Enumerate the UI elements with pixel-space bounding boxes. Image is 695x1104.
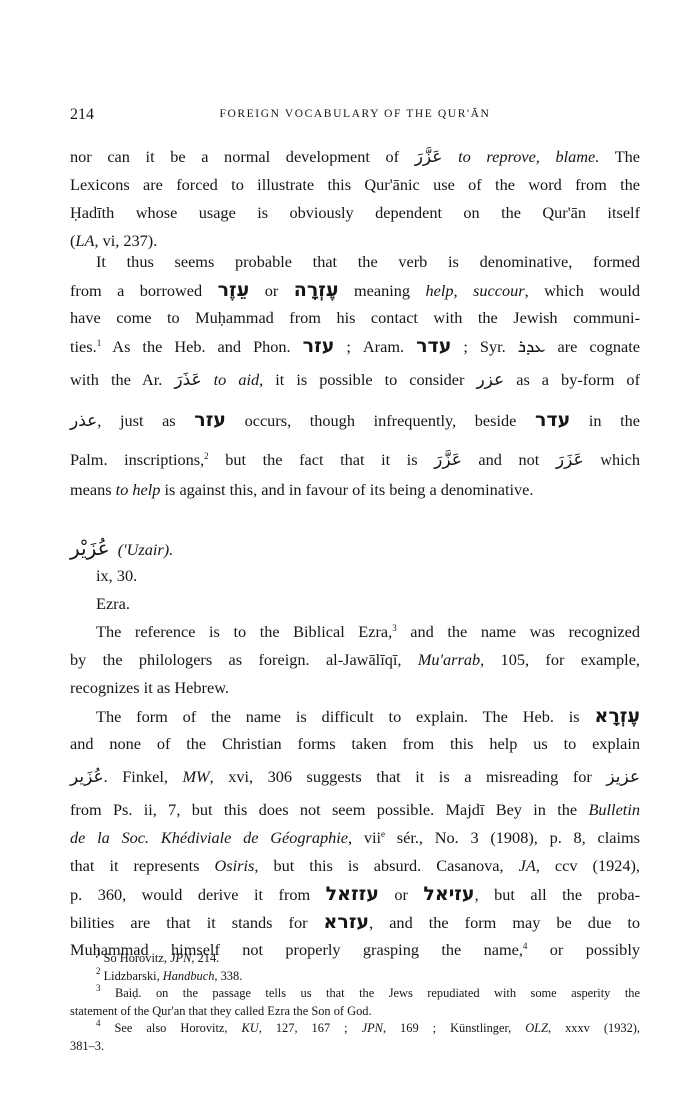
quran-reference: ix, 30. — [70, 562, 640, 590]
footnote-3: 3 Baiḍ. on the passage tells us that the… — [70, 985, 640, 1003]
arabic-word: عزيز — [606, 767, 640, 787]
arabic-word: عَزَرَ — [556, 450, 584, 470]
text-line: عُزَير. Finkel, MW, xvi, 306 suggests th… — [70, 758, 640, 796]
footnotes: 1 So Horovitz, JPN, 214. 2 Lidzbarski, H… — [70, 950, 640, 1055]
running-title: FOREIGN VOCABULARY OF THE QUR'ĀN — [70, 108, 640, 120]
paragraph-2-cont: with the Ar. عَذَرَ to aid, it is possib… — [70, 360, 640, 504]
headword-transliteration: ('Uzair). — [118, 540, 174, 559]
text-line: Ḥadīth whose usage is obviously dependen… — [70, 199, 640, 227]
text-line: nor can it be a normal development of عَ… — [70, 143, 640, 171]
hebrew-word: עזר — [194, 409, 226, 431]
book-page: 214 FOREIGN VOCABULARY OF THE QUR'ĀN nor… — [0, 0, 695, 1104]
text-line: It thus seems probable that the verb is … — [70, 248, 640, 276]
gloss: Ezra. — [70, 590, 640, 618]
arabic-word: عذر — [70, 411, 97, 431]
hebrew-word: עדר — [416, 335, 451, 357]
paragraph-1: nor can it be a normal development of عَ… — [70, 143, 640, 255]
text-line: عذر, just as עזר occurs, though infreque… — [70, 400, 640, 440]
hebrew-word: עזרא — [324, 911, 370, 933]
hebrew-word: עֶזְרָא — [594, 705, 640, 727]
syriac-word: ܥܕܪ — [518, 337, 546, 357]
text-line: and none of the Christian forms taken fr… — [70, 730, 640, 758]
text-line: Palm. inscriptions,2 but the fact that i… — [70, 440, 640, 476]
text-line: have come to Muḥammad from his contact w… — [70, 304, 640, 332]
hebrew-word: עזיאל — [423, 883, 474, 905]
text-line: p. 360, would derive it from עזזאל or עז… — [70, 880, 640, 908]
paragraph-2: It thus seems probable that the verb is … — [70, 248, 640, 360]
hebrew-word: עזזאל — [326, 883, 379, 905]
footnote-4: 4 See also Horovitz, KU, 127, 167 ; JPN,… — [70, 1020, 640, 1038]
text-line: from a borrowed עֵזֶר or עֶזְרָה meaning… — [70, 276, 640, 304]
paragraph-3: The reference is to the Biblical Ezra,3 … — [70, 618, 640, 702]
footnote-1: 1 So Horovitz, JPN, 214. — [70, 950, 640, 968]
page-header: 214 FOREIGN VOCABULARY OF THE QUR'ĀN — [70, 106, 640, 126]
arabic-word: عُزَير — [70, 767, 104, 787]
text-line: that it represents Osiris, but this is a… — [70, 852, 640, 880]
text-line: bilities are that it stands for עזרא, an… — [70, 908, 640, 936]
text-line: recognizes it as Hebrew. — [70, 674, 640, 702]
hebrew-word: עדר — [535, 409, 570, 431]
hebrew-word: עֶזְרָה — [294, 279, 339, 301]
entry-heading: عُزَيْر ('Uzair). ix, 30. Ezra. — [70, 534, 640, 618]
arabic-word: عزر — [476, 370, 504, 390]
text-line: with the Ar. عَذَرَ to aid, it is possib… — [70, 360, 640, 400]
arabic-word: عَذَرَ — [174, 370, 201, 390]
text-line: The reference is to the Biblical Ezra,3 … — [70, 618, 640, 646]
arabic-headword: عُزَيْر — [70, 536, 110, 560]
headword-line: عُزَيْر ('Uzair). — [70, 534, 640, 562]
text-line: The form of the name is difficult to exp… — [70, 702, 640, 730]
text-line: from Ps. ii, 7, but this does not seem p… — [70, 796, 640, 824]
text-line: means to help is against this, and in fa… — [70, 476, 640, 504]
footnote-2: 2 Lidzbarski, Handbuch, 338. — [70, 968, 640, 986]
arabic-word: عَزَّرَ — [415, 147, 443, 167]
footnote-3-cont: statement of the Qur'an that they called… — [70, 1003, 640, 1021]
text-line: Lexicons are forced to illustrate this Q… — [70, 171, 640, 199]
footnote-4-cont: 381–3. — [70, 1038, 640, 1056]
paragraph-4: The form of the name is difficult to exp… — [70, 702, 640, 964]
text-line: by the philologers as foreign. al-Jawālī… — [70, 646, 640, 674]
text-line: ties.1 As the Heb. and Phon. עזר ; Aram.… — [70, 332, 640, 360]
hebrew-word: עזר — [303, 335, 335, 357]
hebrew-word: עֵזֶר — [218, 279, 250, 301]
arabic-word: عَزَّرَ — [434, 450, 462, 470]
text-line: de la Soc. Khédiviale de Géographie, vii… — [70, 824, 640, 852]
